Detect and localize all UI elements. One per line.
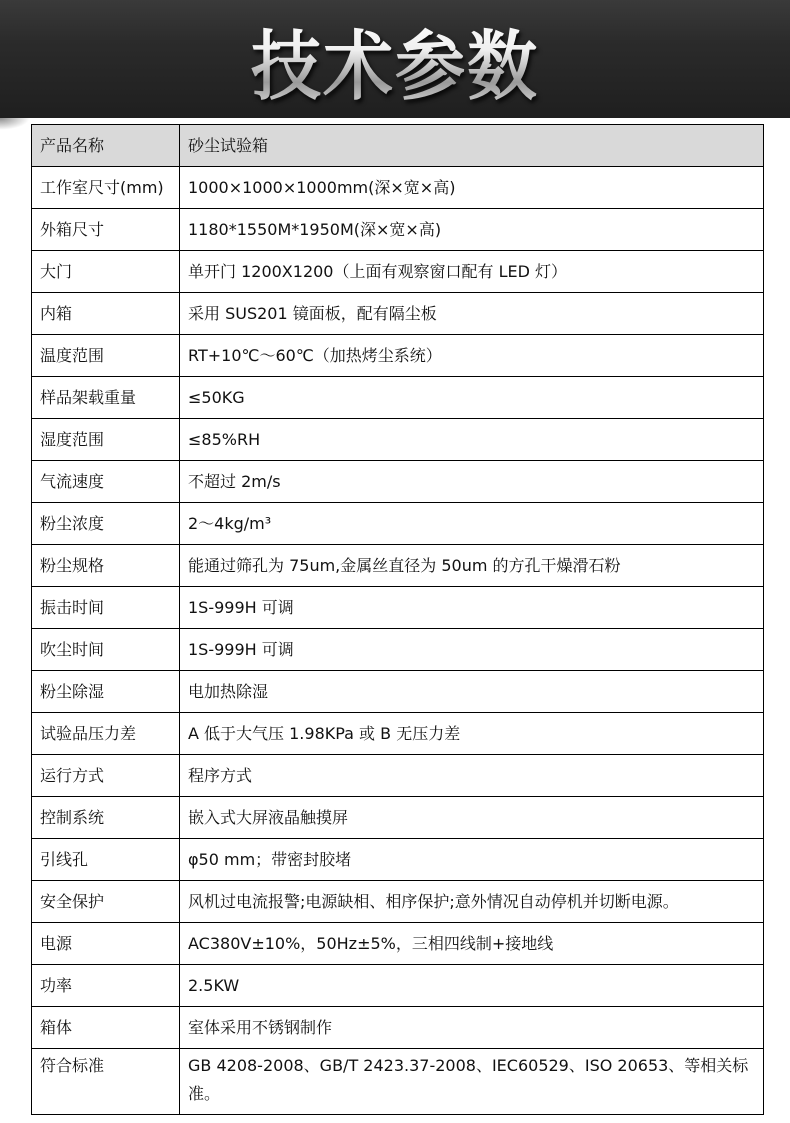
table-row: 内箱采用 SUS201 镜面板，配有隔尘板: [32, 293, 764, 335]
table-row: 振击时间1S-999H 可调: [32, 587, 764, 629]
table-row: 安全保护风机过电流报警;电源缺相、相序保护;意外情况自动停机并切断电源。: [32, 881, 764, 923]
row-value: 嵌入式大屏液晶触摸屏: [180, 797, 764, 839]
row-value: 室体采用不锈钢制作: [180, 1007, 764, 1049]
row-value: φ50 mm；带密封胶堵: [180, 839, 764, 881]
table-row: 气流速度不超过 2m/s: [32, 461, 764, 503]
table-row: 运行方式程序方式: [32, 755, 764, 797]
table-row: 外箱尺寸1180*1550M*1950M(深×宽×高): [32, 209, 764, 251]
table-row: 试验品压力差A 低于大气压 1.98KPa 或 B 无压力差: [32, 713, 764, 755]
row-value: 1180*1550M*1950M(深×宽×高): [180, 209, 764, 251]
table-row: 湿度范围≤85%RH: [32, 419, 764, 461]
row-value: 1S-999H 可调: [180, 587, 764, 629]
row-value: 电加热除湿: [180, 671, 764, 713]
table-row: 工作室尺寸(mm)1000×1000×1000mm(深×宽×高): [32, 167, 764, 209]
header-value: 砂尘试验箱: [180, 125, 764, 167]
header-label: 产品名称: [32, 125, 180, 167]
spec-table: 产品名称 砂尘试验箱 工作室尺寸(mm)1000×1000×1000mm(深×宽…: [31, 124, 764, 1115]
table-row: 控制系统嵌入式大屏液晶触摸屏: [32, 797, 764, 839]
row-value: A 低于大气压 1.98KPa 或 B 无压力差: [180, 713, 764, 755]
page-title: 技术参数: [251, 5, 539, 114]
table-row: 箱体室体采用不锈钢制作: [32, 1007, 764, 1049]
table-row: 符合标准GB 4208-2008、GB/T 2423.37-2008、IEC60…: [32, 1049, 764, 1115]
row-label: 温度范围: [32, 335, 180, 377]
row-label: 符合标准: [32, 1049, 180, 1115]
row-value: 能通过筛孔为 75um,金属丝直径为 50um 的方孔干燥滑石粉: [180, 545, 764, 587]
row-value: 不超过 2m/s: [180, 461, 764, 503]
row-value: GB 4208-2008、GB/T 2423.37-2008、IEC60529、…: [180, 1049, 764, 1115]
row-value: ≤50KG: [180, 377, 764, 419]
row-label: 安全保护: [32, 881, 180, 923]
row-label: 工作室尺寸(mm): [32, 167, 180, 209]
row-label: 样品架载重量: [32, 377, 180, 419]
row-label: 振击时间: [32, 587, 180, 629]
row-label: 气流速度: [32, 461, 180, 503]
row-label: 运行方式: [32, 755, 180, 797]
row-label: 湿度范围: [32, 419, 180, 461]
row-label: 控制系统: [32, 797, 180, 839]
row-label: 粉尘除湿: [32, 671, 180, 713]
row-label: 粉尘规格: [32, 545, 180, 587]
table-row: 粉尘规格能通过筛孔为 75um,金属丝直径为 50um 的方孔干燥滑石粉: [32, 545, 764, 587]
row-value: 采用 SUS201 镜面板，配有隔尘板: [180, 293, 764, 335]
row-value: 程序方式: [180, 755, 764, 797]
row-value: ≤85%RH: [180, 419, 764, 461]
table-header-row: 产品名称 砂尘试验箱: [32, 125, 764, 167]
row-label: 大门: [32, 251, 180, 293]
row-label: 试验品压力差: [32, 713, 180, 755]
table-row: 大门单开门 1200X1200（上面有观察窗口配有 LED 灯）: [32, 251, 764, 293]
row-value: 单开门 1200X1200（上面有观察窗口配有 LED 灯）: [180, 251, 764, 293]
table-row: 吹尘时间1S-999H 可调: [32, 629, 764, 671]
row-label: 外箱尺寸: [32, 209, 180, 251]
title-banner: 技术参数: [0, 0, 790, 118]
table-row: 粉尘除湿电加热除湿: [32, 671, 764, 713]
banner-shadow: [0, 118, 30, 130]
table-row: 粉尘浓度2～4kg/m³: [32, 503, 764, 545]
row-value: 1S-999H 可调: [180, 629, 764, 671]
row-label: 内箱: [32, 293, 180, 335]
row-label: 吹尘时间: [32, 629, 180, 671]
table-row: 功率2.5KW: [32, 965, 764, 1007]
row-value: 2～4kg/m³: [180, 503, 764, 545]
table-row: 样品架载重量≤50KG: [32, 377, 764, 419]
row-label: 粉尘浓度: [32, 503, 180, 545]
table-row: 温度范围RT+10℃～60℃（加热烤尘系统）: [32, 335, 764, 377]
row-label: 电源: [32, 923, 180, 965]
row-label: 功率: [32, 965, 180, 1007]
row-label: 箱体: [32, 1007, 180, 1049]
row-value: AC380V±10%，50Hz±5%，三相四线制+接地线: [180, 923, 764, 965]
row-value: 风机过电流报警;电源缺相、相序保护;意外情况自动停机并切断电源。: [180, 881, 764, 923]
row-value: RT+10℃～60℃（加热烤尘系统）: [180, 335, 764, 377]
row-label: 引线孔: [32, 839, 180, 881]
row-value: 2.5KW: [180, 965, 764, 1007]
table-row: 电源AC380V±10%，50Hz±5%，三相四线制+接地线: [32, 923, 764, 965]
row-value: 1000×1000×1000mm(深×宽×高): [180, 167, 764, 209]
table-row: 引线孔φ50 mm；带密封胶堵: [32, 839, 764, 881]
